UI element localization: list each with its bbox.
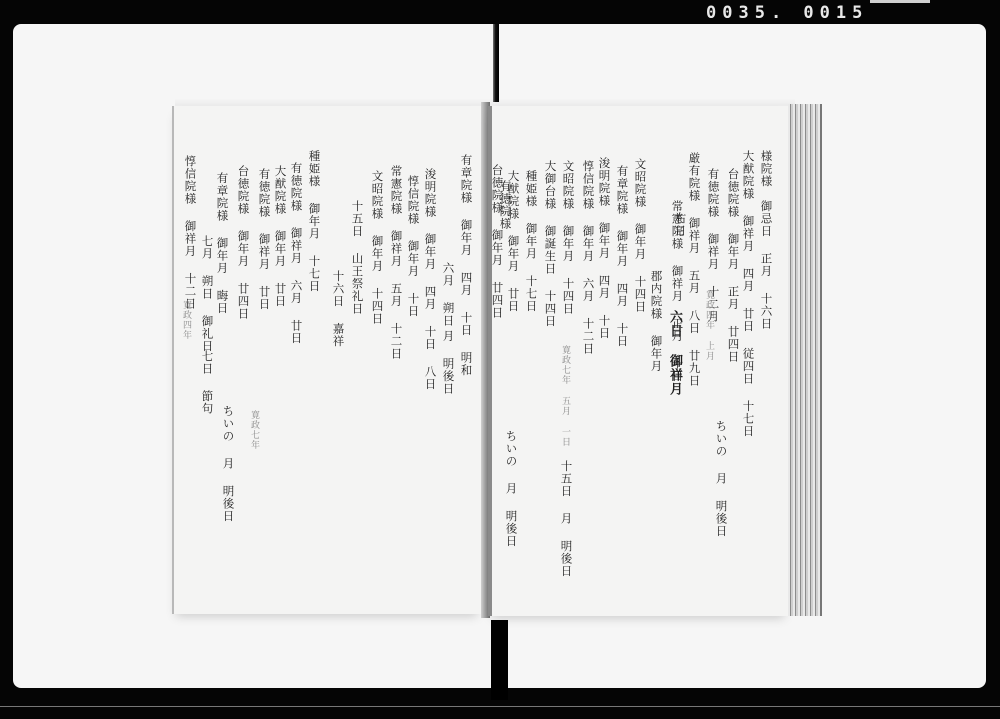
handwritten-column: 常憲院様 御祥月 五月 十二日	[390, 165, 402, 360]
handwritten-column: 有章院様 御年月 四月 十日 明和	[460, 154, 472, 377]
handwritten-column: 惇信院様 御年月 十日	[407, 175, 419, 318]
handwritten-column: 有徳院様 御祥月 廿日	[258, 168, 270, 311]
gutter-shadow-top	[493, 24, 499, 102]
handwritten-column: 惇信院様 御祥月 十二日	[184, 155, 196, 310]
handwritten-column: 寛政七年 五月 一日	[560, 345, 569, 447]
handwritten-column: 寛政七年	[249, 410, 258, 450]
handwritten-column: 浚明院様 御年月 四月 十日 八日	[424, 168, 436, 391]
handwritten-column: 浚明院様 御年月 四月 十日	[598, 157, 610, 340]
handwritten-column: 十五日 月 明後日	[560, 460, 572, 578]
handwritten-column: 台徳院様 御年月 廿四日	[237, 165, 249, 320]
handwritten-column: 文昭院様 御年月 十四日	[634, 158, 646, 313]
book-page-edges	[788, 104, 822, 616]
handwritten-column: 文昭院様 御年月 十四日	[371, 170, 383, 325]
handwritten-column: 七日 節句	[201, 350, 213, 415]
handwritten-column: 有章院様 御年月 四月 十日	[616, 165, 628, 348]
film-edge-line	[0, 706, 1000, 707]
handwritten-column: 種姫様 御年月 十七日	[308, 150, 320, 293]
handwritten-column: 有徳院様 御祥月 十二月	[707, 168, 719, 323]
handwritten-column: 台徳院様 御年月 正月 廿四日	[727, 168, 739, 363]
handwritten-column: 台徳院様 御年月 廿四日	[491, 164, 503, 319]
handwritten-column: 文昭院様 御年月 十四日	[562, 160, 574, 315]
handwritten-column: 十五日 山王祭礼日	[351, 200, 363, 315]
handwritten-column: ちいの 月 明後日	[715, 420, 727, 538]
handwritten-column: 種姫様 御年月 十七日	[525, 170, 537, 313]
handwritten-column: 厳有院様 御祥月 五月 八日 廿九日	[688, 152, 700, 387]
gutter-shadow-bottom	[491, 620, 508, 700]
handwritten-column: 六月 朔日	[442, 262, 454, 327]
counter-bar	[870, 0, 930, 3]
handwritten-column: 大猷院様 御年月 廿日	[274, 165, 286, 308]
handwritten-column: 大猷院様 御祥月 四月 廿日 従四日 十七日	[742, 150, 754, 438]
handwritten-column: 月 明後日	[442, 330, 454, 395]
handwritten-column: 様院様 御忌日 正月 十六日	[760, 150, 772, 330]
handwritten-column: 右日	[674, 212, 686, 237]
handwritten-column: 大御台様 御誕生日 十四日	[544, 160, 556, 328]
handwritten-column: 寛政四年	[181, 300, 190, 340]
handwritten-column: 七月 朔日 御礼日	[201, 235, 213, 353]
handwritten-column: 有章院様 御年月 晦日	[216, 172, 228, 315]
handwritten-column: 有徳院様 御祥月 六月 廿日	[290, 162, 302, 345]
handwritten-column: 郡内院様 御年月	[650, 270, 662, 373]
handwritten-column: 十六日 嘉祥	[332, 270, 344, 348]
handwritten-column: ちいの 月 明後日	[505, 430, 517, 548]
frame-counter: 0035. 0015	[706, 3, 868, 23]
handwritten-column: 惇信院様 御年月 六月 十二日	[582, 160, 594, 355]
handwritten-column: ちいの 月 明後日	[222, 405, 234, 523]
